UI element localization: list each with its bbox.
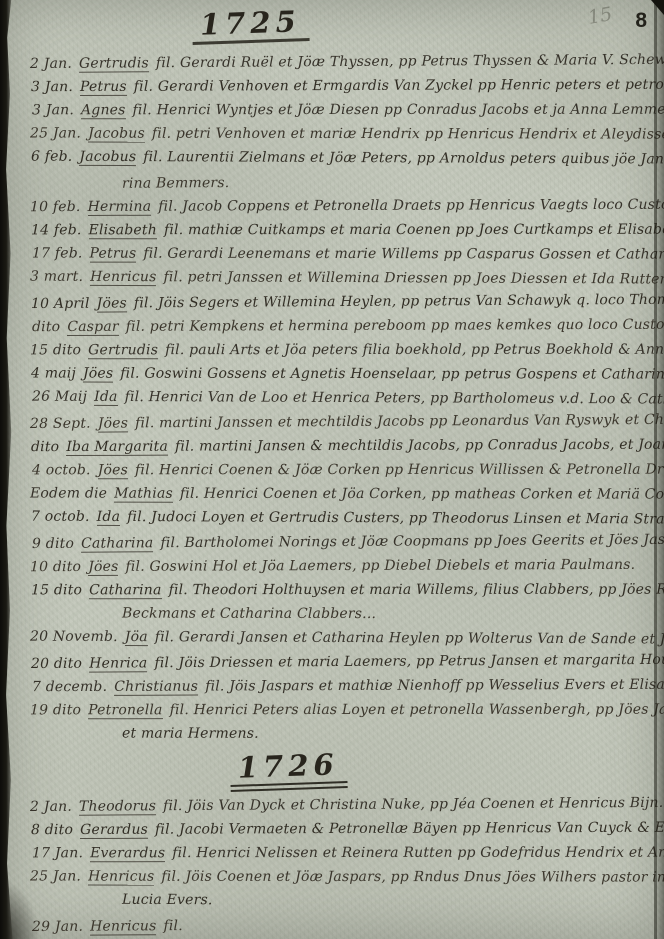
entry-text: fil. pauli Arts et Jöa peters filia boek…	[165, 342, 664, 359]
entry-date: 10 feb.	[30, 199, 81, 215]
manuscript-scan: 15 8 17252 Jan.Gertrudisfil. Gerardi Ruë…	[0, 0, 664, 939]
entry-child-name: Mathias	[114, 486, 173, 503]
entry-child-name: Jacobus	[79, 149, 136, 166]
entry-text: fil. Judoci Loyen et Gertrudis Custers, …	[127, 509, 664, 528]
entry-date: 15 dito	[30, 342, 81, 358]
entry-text: fil. Gerardi Jansen et Catharina Heylen …	[155, 629, 664, 648]
register-entry: 3 Jan.Agnesfil. Henrici Wyntjes et Jöæ D…	[32, 101, 649, 120]
entry-child-name: Petrus	[80, 79, 127, 96]
register-entry: 10 feb.Herminafil. Jacob Coppens et Petr…	[30, 196, 649, 216]
entry-child-name: Agnes	[81, 102, 126, 119]
entry-date: 2 Jan.	[30, 799, 72, 815]
register-entry: 15 ditoGertrudisfil. pauli Arts et Jöa p…	[30, 341, 649, 360]
entry-text: rina Bemmers.	[122, 175, 229, 192]
entry-child-name: Henricus	[90, 918, 156, 935]
entry-text: fil. Jacobi Vermaeten & Petronellæ Bäyen…	[155, 819, 664, 837]
entry-date: dito	[31, 439, 59, 455]
entry-date: 15 dito	[31, 582, 82, 598]
entry-child-name: Henricus	[88, 869, 154, 886]
entry-date: 3 mart.	[30, 269, 83, 285]
entry-text: fil. petri Venhoven et mariæ Hendrix pp …	[152, 126, 664, 143]
entry-text: fil. Henrici Peters alias Loyen et petro…	[170, 702, 664, 719]
entry-date: 10 dito	[30, 559, 81, 575]
entry-text: Beckmans et Catharina Clabbers...	[122, 606, 376, 622]
entry-child-name: Ida	[97, 509, 121, 526]
entry-date: 4 octob.	[32, 462, 91, 478]
register-entry: 6 feb.Jacobusfil. Laurentii Zielmans et …	[31, 148, 649, 169]
register-entry-continuation: rina Bemmers.	[122, 171, 649, 192]
entry-date: dito	[32, 319, 60, 335]
entry-date: 8 dito	[31, 822, 73, 838]
entry-child-name: Theodorus	[79, 798, 156, 816]
register-entry: 15 ditoCatharinafil. Theodori Holthuysen…	[31, 581, 649, 600]
entry-text: fil. Gerardi Leenemans et marie Willems …	[143, 246, 664, 263]
entry-child-name: Jöes	[98, 462, 128, 479]
entry-text: fil. Goswini Hol et Jöa Laemers, pp Dieb…	[125, 557, 635, 575]
entry-child-name: Elisabeth	[89, 222, 157, 239]
entry-child-name: Henricus	[90, 269, 156, 286]
entry-child-name: Jöes	[88, 559, 118, 576]
entry-date: 4 maij	[31, 365, 76, 381]
register-entry: 7 octob.Idafil. Judoci Loyen et Gertrudi…	[31, 508, 649, 529]
entry-text: fil. Jacob Coppens et Petronella Draets …	[158, 196, 664, 214]
register-entry: 10 ditoJöesfil. Goswini Hol et Jöa Laeme…	[30, 556, 649, 576]
printed-page-number: 8	[635, 9, 647, 33]
entry-text: fil. Laurentii Zielmans et Jöæ Peters, p…	[143, 149, 664, 168]
entry-date: 25 Jan.	[30, 125, 81, 141]
book-binding-edge	[0, 0, 16, 939]
entry-text: et maria Hermens.	[122, 726, 259, 742]
entry-date: 26 Maij	[32, 389, 87, 405]
register-entry: 7 decemb.Christianusfil. Jöis Jaspars et…	[32, 676, 649, 696]
register-entry-continuation: et maria Hermens.	[122, 725, 649, 744]
register-entry: 8 ditoGerardusfil. Jacobi Vermaeten & Pe…	[31, 819, 649, 839]
register-entry: 28 Sept.Jöesfil. martini Janssen et mech…	[30, 411, 649, 433]
entry-text: fil. Jöis Jaspars et mathiæ Nienhoff pp …	[205, 676, 664, 694]
register-entry: 9 ditoCatharinafil. Bartholomei Norings …	[32, 531, 649, 553]
entry-child-name: Henrica	[89, 655, 147, 672]
year-heading: 1725	[191, 4, 309, 45]
entry-text: fil. Gerardi Venhoven et Ermgardis Van Z…	[134, 76, 664, 94]
page-right-edge-line	[654, 0, 657, 939]
entry-text: fil. Jöis Driessen et maria Laemers, pp …	[154, 652, 664, 672]
register-entry: 10 AprilJöesfil. Jöis Segers et Willemin…	[31, 291, 649, 313]
year-section: 17252 Jan.Gertrudisfil. Gerardi Ruël et …	[30, 6, 649, 743]
register-entry: 3 Jan.Petrusfil. Gerardi Venhoven et Erm…	[31, 76, 649, 96]
entry-child-name: Everardus	[90, 845, 165, 862]
year-heading: 1726	[229, 747, 347, 792]
entry-text: fil. Jöis Segers et Willemina Heylen, pp…	[134, 291, 664, 312]
entry-text: fil. Jöis Coenen et Jöæ Jaspars, pp Rndu…	[161, 869, 664, 886]
entry-date: 17 Jan.	[32, 845, 83, 861]
entry-text: fil. petri Kempkens et hermina pereboom …	[126, 316, 664, 335]
entry-date: 20 Novemb.	[30, 629, 118, 645]
register-entry: 17 Jan.Everardusfil. Henrici Nelissen et…	[32, 844, 649, 863]
entry-date: 17 feb.	[32, 245, 83, 261]
register-entry: ditoCasparfil. petri Kempkens et hermina…	[32, 316, 649, 336]
entry-date: 10 April	[31, 296, 90, 312]
entry-child-name: Petronella	[88, 702, 162, 719]
entry-child-name: Jöes	[83, 366, 113, 383]
entry-date: 20 dito	[31, 656, 82, 672]
register-entry: 17 feb.Petrusfil. Gerardi Leenemans et m…	[32, 244, 649, 263]
entry-child-name: Ida	[94, 389, 118, 406]
register-entry: 25 Jan.Henricusfil. Jöis Coenen et Jöæ J…	[30, 867, 649, 886]
entry-child-name: Catharina	[81, 535, 154, 552]
register-entry: 14 feb.Elisabethfil. mathiæ Cuitkamps et…	[31, 221, 649, 240]
entry-child-name: Jöes	[98, 415, 128, 432]
entry-child-name: Iba Margarita	[66, 439, 168, 456]
register-entry: 25 Jan.Jacobusfil. petri Venhoven et mar…	[30, 124, 649, 143]
entry-child-name: Hermina	[88, 199, 152, 216]
entry-date: 3 Jan.	[32, 102, 74, 118]
entry-text: fil. Henrici Coenen et Jöa Corken, pp ma…	[180, 486, 664, 503]
entry-text: fil. Henrici Wyntjes et Jöæ Diesen pp Co…	[133, 102, 664, 119]
entry-child-name: Jöa	[125, 629, 148, 646]
entry-date: 3 Jan.	[31, 79, 73, 95]
entry-text: fil. Bartholomei Norings et Jöæ Coopmans…	[160, 532, 664, 552]
entry-text: fil. Goswini Gossens et Agnetis Hoensela…	[120, 366, 664, 383]
entry-text: fil. petri Janssen et Willemina Driessen…	[163, 269, 664, 287]
register-entry: ditoIba Margaritafil. martini Jansen & m…	[31, 436, 649, 456]
register-entry: Eodem dieMathiasfil. Henrici Coenen et J…	[30, 484, 649, 503]
entry-child-name: Caspar	[67, 319, 119, 336]
register-entry: 4 octob.Jöesfil. Henrici Coenen & Jöæ Co…	[32, 461, 649, 480]
entry-child-name: Jacobus	[88, 126, 145, 143]
register-entry-continuation: Beckmans et Catharina Clabbers...	[122, 605, 649, 624]
register-sections: 17252 Jan.Gertrudisfil. Gerardi Ruël et …	[30, 4, 649, 939]
register-entry: 2 Jan.Gertrudisfil. Gerardi Ruël et Jöæ …	[30, 51, 649, 73]
entry-date: 14 feb.	[31, 222, 82, 238]
register-entry: 4 maijJöesfil. Goswini Gossens et Agneti…	[31, 364, 649, 383]
register-entry: 2 Jan.Theodorusfil. Jöis Van Dyck et Chr…	[30, 794, 649, 816]
entry-child-name: Gertrudis	[79, 55, 149, 72]
entry-date: 6 feb.	[31, 149, 73, 165]
entry-text: fil. Gerardi Ruël et Jöæ Thyssen, pp Pet…	[156, 52, 664, 72]
entry-child-name: Petrus	[90, 246, 137, 263]
entry-child-name: Catharina	[89, 582, 161, 599]
entry-date: 19 dito	[30, 702, 81, 718]
register-entry: 29 Jan.Henricusfil.	[32, 914, 649, 936]
register-entry: 20 ditoHenricafil. Jöis Driessen et mari…	[31, 651, 649, 673]
register-entry: 26 MaijIdafil. Henrici Van de Loo et Hen…	[32, 388, 649, 409]
register-entry: 19 ditoPetronellafil. Henrici Peters ali…	[30, 701, 649, 720]
entry-child-name: Gerardus	[80, 822, 148, 839]
entry-date: 28 Sept.	[30, 416, 91, 432]
entry-text: Lucia Evers.	[122, 892, 213, 908]
entry-date: 2 Jan.	[30, 56, 72, 72]
entry-child-name: Jöes	[97, 295, 127, 312]
entry-date: 7 decemb.	[32, 679, 107, 695]
register-entry: 20 Novemb.Jöafil. Gerardi Jansen et Cath…	[30, 628, 649, 649]
entry-child-name: Gertrudis	[88, 342, 158, 359]
entry-date: Eodem die	[30, 485, 107, 501]
entry-text: fil. martini Jansen & mechtildis Jacobs,…	[175, 436, 664, 454]
entry-date: 9 dito	[32, 536, 74, 552]
entry-text: fil. mathiæ Cuitkamps et maria Coenen pp…	[164, 222, 664, 239]
entry-text: fil. Theodori Holthuysen et maria Willem…	[169, 582, 664, 599]
entry-date: 7 octob.	[31, 509, 90, 525]
year-section: 17262 Jan.Theodorusfil. Jöis Van Dyck et…	[30, 749, 649, 934]
entry-text: fil. martini Janssen et mechtildis Jacob…	[135, 411, 664, 431]
entry-text: fil. Jöis Van Dyck et Christina Nuke, pp…	[163, 795, 663, 814]
entry-text: fil. Henrici Nelissen et Reinera Rutten …	[172, 845, 664, 862]
handwritten-folio-number: 15	[586, 3, 614, 29]
register-entry: 3 mart.Henricusfil. petri Janssen et Wil…	[30, 268, 649, 289]
entry-text: fil. Henrici Van de Loo et Henrica Peter…	[125, 389, 664, 408]
entry-text: fil. Henrici Coenen & Jöæ Corken pp Henr…	[135, 462, 664, 479]
entry-child-name: Christianus	[114, 679, 198, 696]
entry-text: fil.	[163, 918, 182, 934]
register-entry-continuation: Lucia Evers.	[122, 891, 649, 911]
